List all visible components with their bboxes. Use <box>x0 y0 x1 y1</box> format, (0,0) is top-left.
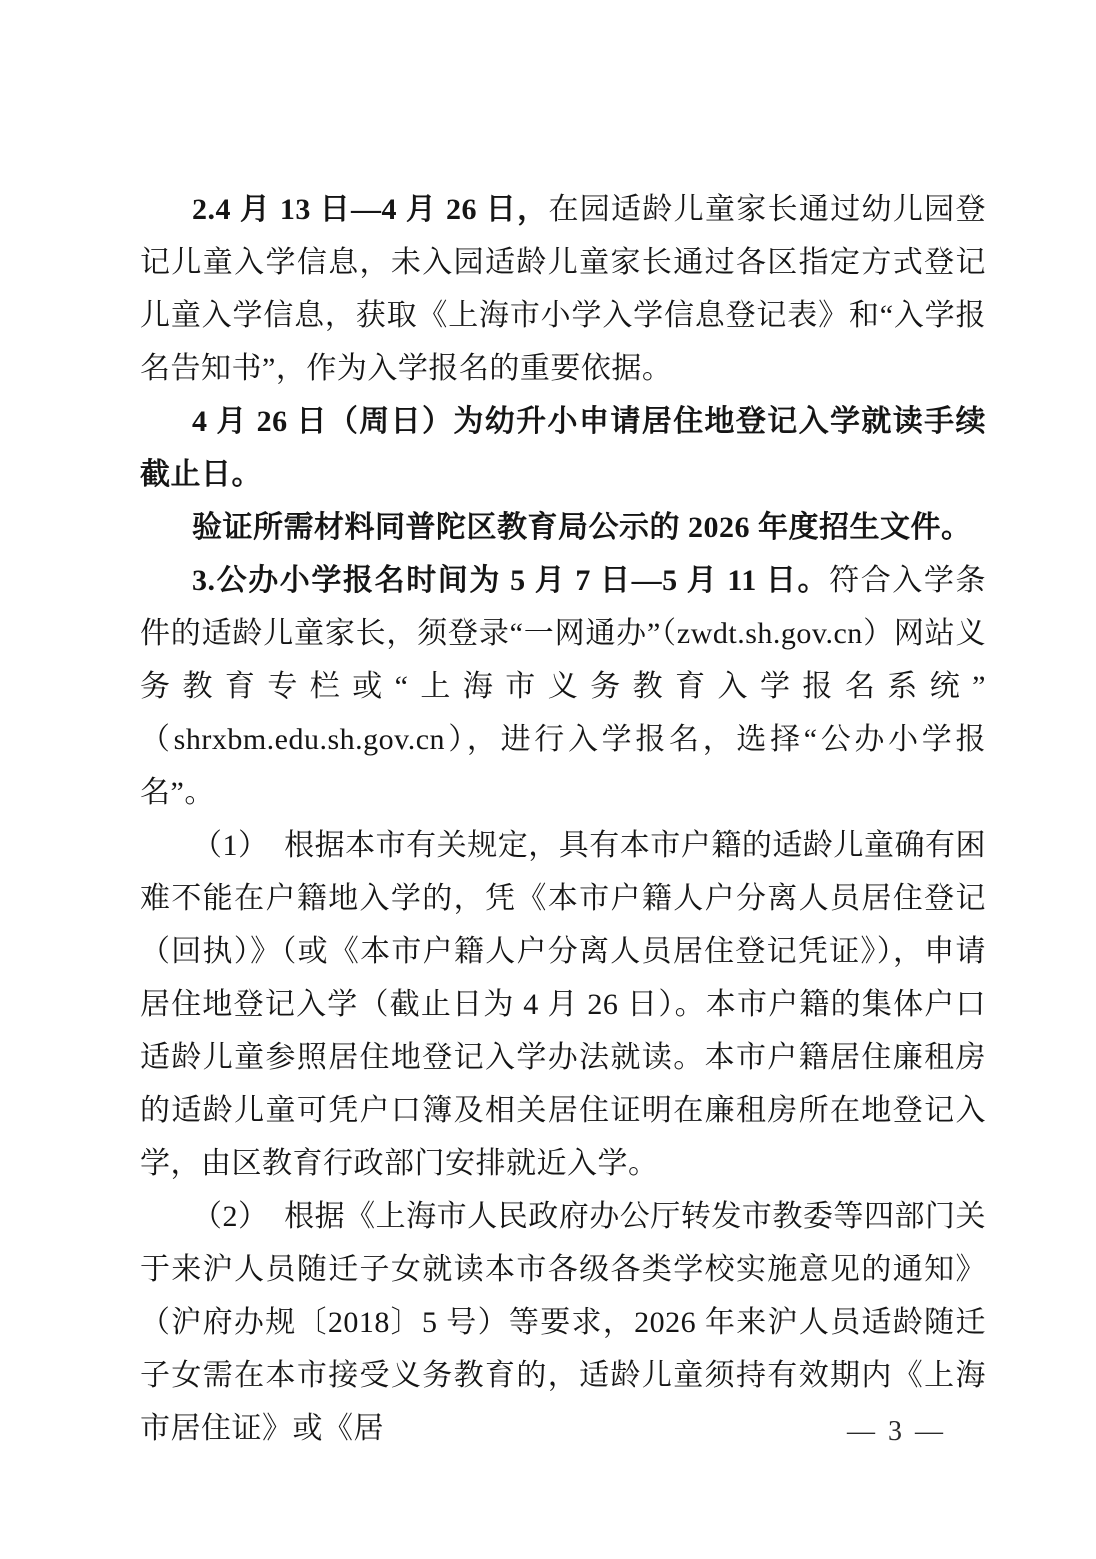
paragraph-item-1-household-registration: （1） 根据本市有关规定，具有本市户籍的适龄儿童确有困难不能在户籍地入学的，凭《… <box>140 819 986 1190</box>
document-body: 2.4 月 13 日—4 月 26 日，在园适龄儿童家长通过幼儿园登记儿童入学信… <box>140 183 986 1455</box>
paragraph-5-body-text: （1） 根据本市有关规定，具有本市户籍的适龄儿童确有困难不能在户籍地入学的，凭《… <box>140 829 986 1180</box>
document-page: 2.4 月 13 日—4 月 26 日，在园适龄儿童家长通过幼儿园登记儿童入学信… <box>0 0 1096 1559</box>
page-number: — 3 — <box>847 1416 946 1448</box>
paragraph-2-bold-text: 4 月 26 日（周日）为幼升小申请居住地登记入学就读手续截止日。 <box>140 405 986 491</box>
paragraph-deadline-notice: 4 月 26 日（周日）为幼升小申请居住地登记入学就读手续截止日。 <box>140 395 986 501</box>
paragraph-4-bold-dates: 3.公办小学报名时间为 5 月 7 日—5 月 11 日。 <box>192 564 829 597</box>
paragraph-verification-materials: 验证所需材料同普陀区教育局公示的 2026 年度招生文件。 <box>140 501 986 554</box>
paragraph-4-body-text: 符合入学条件的适龄儿童家长，须登录“一网通办”（zwdt.sh.gov.cn）网… <box>140 564 986 809</box>
paragraph-3-bold-text: 验证所需材料同普陀区教育局公示的 2026 年度招生文件。 <box>192 511 972 544</box>
paragraph-6-body-text: （2） 根据《上海市人民政府办公厅转发市教委等四部门关于来沪人员随迁子女就读本市… <box>140 1200 986 1445</box>
paragraph-enrollment-registration: 2.4 月 13 日—4 月 26 日，在园适龄儿童家长通过幼儿园登记儿童入学信… <box>140 183 986 395</box>
paragraph-1-bold-dates: 2.4 月 13 日—4 月 26 日， <box>192 193 548 226</box>
paragraph-public-school-signup: 3.公办小学报名时间为 5 月 7 日—5 月 11 日。符合入学条件的适龄儿童… <box>140 554 986 819</box>
